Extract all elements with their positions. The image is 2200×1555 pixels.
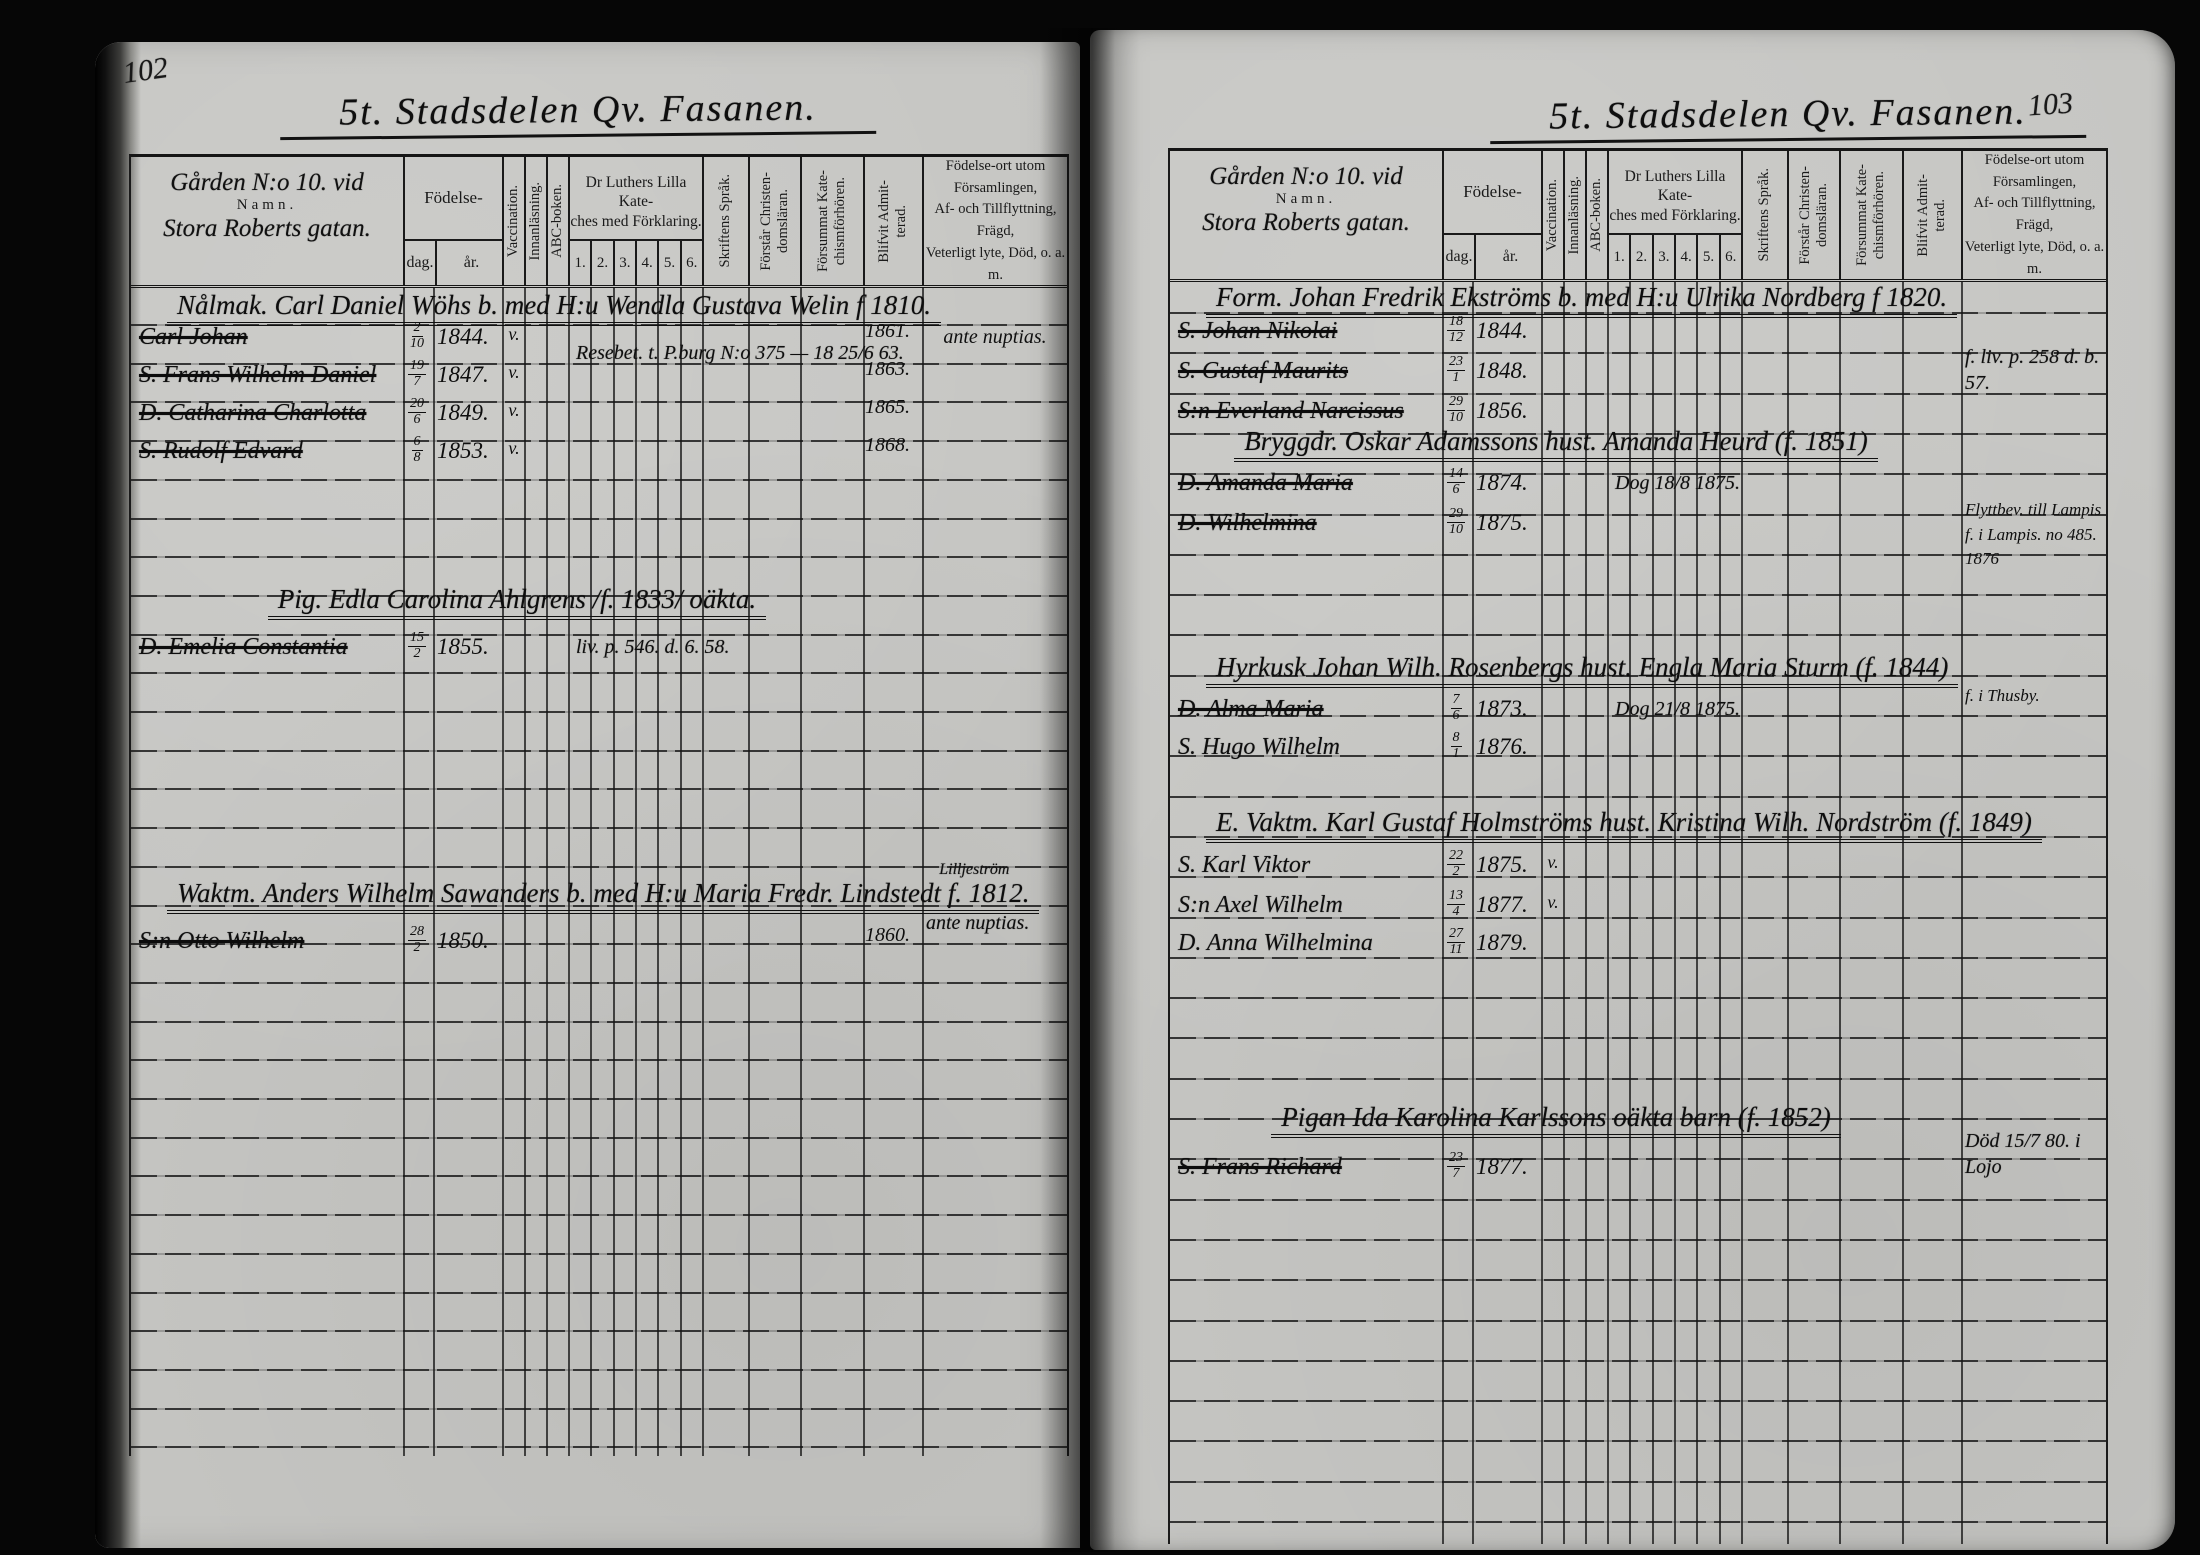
birth-year-label: år. [1474,235,1545,279]
birth-day-label: dag. [405,241,435,285]
family-header-entry: E. Vaktm. Karl Gustaf Holmströms hust. K… [1206,807,1906,843]
margin-note: Dog 18/8 1875. [1615,472,1955,495]
header-understands-column: Förstår Christen-domsläran. [1787,151,1839,279]
right-page: 103 5t. Stadsdelen Qv. Fasanen. Gården N… [1090,30,2175,1550]
ledger-ruled-line [131,1214,1067,1216]
family-header-text: Waktm. Anders Wilhelm Sawanders b. med H… [167,878,1039,914]
entry-name: S. Frans Richard [1178,1154,1438,1181]
family-header-entry: Hyrkusk Johan Wilh. Rosenbergs hust. Eng… [1206,652,1906,688]
header-name-column: Gården N:o 10. vid Namn. Stora Roberts g… [1170,151,1442,279]
family-header-entry: Form. Johan Fredrik Ekströms b. med H:u … [1206,282,1906,318]
ledger-ruled-line [131,1175,1067,1177]
entry-name: S:n Otto Wilhelm [139,928,399,955]
register-entry: S:n Otto Wilhelm2821850.1860. [131,928,1067,964]
name-label: Namn. [131,198,403,213]
birth-day-fraction: 197 [408,359,426,389]
name-label: Namn. [1170,192,1442,207]
birth-day-fraction: 2910 [1447,507,1465,537]
header-abc-column: ABC-boken. [1585,151,1607,279]
register-entry: S:n Axel Wilhelm1341877.v. [1170,892,2106,928]
birth-day-fraction: 134 [1447,889,1465,919]
family-header-entry: Pigan Ida Karolina Karlssons oäkta barn … [1206,1102,1906,1138]
header-admitted-column: Blifvit Admit-terad. [863,157,922,285]
birth-year: 1875. [1476,510,1540,536]
register-entry: S. Frans Richard2371877. [1170,1154,2106,1190]
ledger-ruled-line [1170,1239,2106,1241]
ledger-ruled-line [131,1021,1067,1023]
birth-day-fraction: 76 [1451,693,1462,723]
header-reading-column: Innanläsning. [1563,151,1585,279]
house-address-line2: Stora Roberts gatan. [131,213,403,244]
register-entry: D. Wilhelmina29101875.Flyttbev. till Lam… [1170,510,2106,546]
family-header-entry: Waktm. Anders Wilhelm Sawanders b. med H… [167,878,867,914]
ledger-ruled-line [131,1330,1067,1332]
ledger-ruled-line [131,1253,1067,1255]
table-body-left: Nålmak. Carl Daniel Wöhs b. med H:u Wend… [131,288,1067,1456]
ledger-ruled-line [1170,1078,2106,1080]
birth-year: 1844. [1476,318,1540,344]
birth-year: 1856. [1476,398,1540,424]
ledger-ruled-line [131,518,1067,520]
ledger-ruled-line [1170,1279,2106,1281]
birth-day-fraction: 222 [1447,849,1465,879]
entry-name: S:n Axel Wilhelm [1178,892,1438,919]
birth-year: 1848. [1476,358,1540,384]
birthplace-note: f. i Thusby. [1965,684,2105,709]
birth-day-fraction: 81 [1451,731,1462,761]
house-address-line1: Gården N:o 10. vid [1170,161,1442,192]
ledger-ruled-line [1170,1440,2106,1442]
ledger-ruled-line [131,1059,1067,1061]
ledger-ruled-line [1170,1481,2106,1483]
birth-year: 1877. [1476,1154,1540,1180]
birth-year: 1844. [437,324,501,350]
ledger-ruled-line [131,672,1067,674]
header-abc-column: ABC-boken. [546,157,568,285]
register-entry: S. Karl Viktor2221875.v. [1170,852,2106,888]
birth-day: 68 [399,435,435,465]
birth-day: 146 [1438,467,1474,497]
ledger-ruled-line [131,750,1067,752]
entry-name: Carl Johan [139,324,399,351]
birthplace-note: Flyttbev. till Lampis f. i Lampis. no 48… [1965,498,2105,572]
birth-year: 1847. [437,362,501,388]
header-missed-column: Försummat Kate-chismförhören. [1839,151,1902,279]
register-entry: D. Anna Wilhelmina27111879. [1170,930,2106,966]
header-vaccination-column: Vaccination. [1541,151,1563,279]
birth-day-fraction: 2910 [1447,395,1465,425]
birth-day: 152 [399,631,435,661]
family-header-text: Pig. Edla Carolina Ahlgrens /f. 1833/ oä… [268,584,766,620]
register-table-left: Gården N:o 10. vid Namn. Stora Roberts g… [129,154,1069,1456]
ledger-ruled-line [1170,1521,2106,1523]
ledger-ruled-line [131,711,1067,713]
birth-day-fraction: 231 [1447,355,1465,385]
header-catechism-column: Dr Luthers Lilla Kate-ches med Förklarin… [568,157,702,285]
family-header-text: E. Vaktm. Karl Gustaf Holmströms hust. K… [1206,807,2042,843]
ledger-ruled-line [131,479,1067,481]
ledger-ruled-line [131,866,1067,868]
birth-day-fraction: 152 [408,631,426,661]
header-script-language-column: Skriftens Språk. [1741,151,1787,279]
family-header-text: Hyrkusk Johan Wilh. Rosenbergs hust. Eng… [1206,652,1958,688]
ledger-ruled-line [1170,997,2106,999]
admitted-year: 1860. [865,924,921,947]
table-header: Gården N:o 10. vid Namn. Stora Roberts g… [131,157,1067,288]
margin-note: liv. p. 546. d. 6. 58. [576,636,916,659]
birth-day: 197 [399,359,435,389]
ledger-ruled-line [131,1369,1067,1371]
ledger-ruled-line [1170,634,2106,636]
birth-day: 206 [399,397,435,427]
admitted-year: 1865. [865,396,921,419]
ledger-ruled-line [131,788,1067,790]
birth-day: 2910 [1438,395,1474,425]
admitted-year: 1861. [865,320,921,343]
birth-day: 134 [1438,889,1474,919]
register-entry: D. Catharina Charlotta2061849.v.1865. [131,400,1067,436]
birth-day: 237 [1438,1151,1474,1181]
ledger-ruled-line [131,1292,1067,1294]
birth-day-fraction: 282 [408,925,426,955]
entry-name: D. Emelia Constantia [139,634,399,661]
family-header-entry: Bryggdr. Oskar Adamssons hust. Amanda He… [1206,426,1906,462]
birth-day-label: dag. [1444,235,1474,279]
birth-year: 1875. [1476,852,1540,878]
admitted-year: 1863. [865,358,921,381]
page-title-left: 5t. Stadsdelen Qv. Fasanen. [280,85,876,140]
family-header-text: Nålmak. Carl Daniel Wöhs b. med H:u Wend… [167,290,941,326]
catechism-subcolumns: 1.2.3.4.5.6. [1609,233,1741,279]
entry-name: S. Gustaf Maurits [1178,358,1438,385]
vaccination-mark: v. [1542,892,1564,913]
ledger-ruled-line [131,556,1067,558]
birth-year: 1873. [1476,696,1540,722]
birth-label: Födelse- [1444,151,1541,233]
entry-name: S. Rudolf Edvard [139,438,399,465]
header-vaccination-column: Vaccination. [502,157,524,285]
header-birthplace-column: Födelse-ort utom Församlingen, Af- och T… [922,157,1067,285]
family-header-text: Form. Johan Fredrik Ekströms b. med H:u … [1206,282,1957,318]
ledger-ruled-line [1170,1320,2106,1322]
birth-day: 76 [1438,693,1474,723]
entry-name: D. Wilhelmina [1178,510,1438,537]
register-table-right: Gården N:o 10. vid Namn. Stora Roberts g… [1168,148,2108,1544]
entry-name: D. Amanda Maria [1178,470,1438,497]
birth-day: 231 [1438,355,1474,385]
vaccination-mark: v. [503,362,525,383]
ledger-ruled-line [1170,796,2106,798]
header-birth-column: Födelse- dag. år. [403,157,502,285]
birth-day: 81 [1438,731,1474,761]
birth-year: 1855. [437,634,501,660]
birth-day: 2711 [1438,927,1474,957]
birth-label: Födelse- [405,157,502,239]
house-address-line2: Stora Roberts gatan. [1170,207,1442,238]
birth-day: 1812 [1438,315,1474,345]
entry-name: D. Catharina Charlotta [139,400,399,427]
header-admitted-column: Blifvit Admit-terad. [1902,151,1961,279]
ledger-ruled-line [1170,1199,2106,1201]
ledger-ruled-line [131,1408,1067,1410]
birth-day-fraction: 68 [412,435,423,465]
entry-name: S. Hugo Wilhelm [1178,734,1438,761]
header-name-column: Gården N:o 10. vid Namn. Stora Roberts g… [131,157,403,285]
vaccination-mark: v. [503,438,525,459]
family-header-entry: Nålmak. Carl Daniel Wöhs b. med H:u Wend… [167,290,867,326]
church-register-scan: 102 5t. Stadsdelen Qv. Fasanen. Gården N… [0,0,2200,1555]
register-entry: S. Rudolf Edvard681853.v.1868. [131,438,1067,474]
entry-name: D. Alma Maria [1178,696,1438,723]
birth-day-fraction: 2711 [1447,927,1465,957]
entry-name: S:n Everland Narcissus [1178,398,1438,425]
header-script-language-column: Skriftens Språk. [702,157,748,285]
header-birthplace-column: Födelse-ort utom Församlingen, Af- och T… [1961,151,2106,279]
header-catechism-column: Dr Luthers Lilla Kate-ches med Förklarin… [1607,151,1741,279]
ledger-ruled-line [131,982,1067,984]
ledger-ruled-line [1170,594,2106,596]
vaccination-mark: v. [503,400,525,421]
entry-name: S. Johan Nikolai [1178,318,1438,345]
page-title-right: 5t. Stadsdelen Qv. Fasanen. [1490,89,2086,144]
ledger-ruled-line [131,1098,1067,1100]
margin-note: Dog 21/8 1875. [1615,698,1955,721]
birth-year: 1853. [437,438,501,464]
birth-year: 1876. [1476,734,1540,760]
register-entry: S. Gustaf Maurits2311848. [1170,358,2106,394]
page-number-left: 102 [121,51,170,91]
ledger-ruled-line [131,1446,1067,1448]
ledger-ruled-line [1170,1400,2106,1402]
house-address-line1: Gården N:o 10. vid [131,167,403,198]
vaccination-mark: v. [1542,852,1564,873]
family-header-correction: Lilljeström [939,861,1009,879]
family-header-text: Bryggdr. Oskar Adamssons hust. Amanda He… [1234,426,1878,462]
birth-day: 222 [1438,849,1474,879]
birth-year: 1850. [437,928,501,954]
register-entry: S. Frans Wilhelm Daniel1971847.v.1863. [131,362,1067,398]
entry-name: S. Frans Wilhelm Daniel [139,362,399,389]
admitted-year: 1868. [865,434,921,457]
birth-year: 1849. [437,400,501,426]
family-header-entry: Pig. Edla Carolina Ahlgrens /f. 1833/ oä… [167,584,867,620]
entry-name: S. Karl Viktor [1178,852,1438,879]
ledger-ruled-line [1170,1037,2106,1039]
vaccination-mark: v. [503,324,525,345]
ledger-ruled-line [1170,1360,2106,1362]
table-body-right: Form. Johan Fredrik Ekströms b. med H:u … [1170,282,2106,1544]
register-entry: S. Hugo Wilhelm811876. [1170,734,2106,770]
birth-year: 1874. [1476,470,1540,496]
entry-name: D. Anna Wilhelmina [1178,930,1438,957]
birth-year: 1879. [1476,930,1540,956]
ledger-ruled-line [131,1137,1067,1139]
left-page: 102 5t. Stadsdelen Qv. Fasanen. Gården N… [95,42,1080,1548]
family-header-text: Pigan Ida Karolina Karlssons oäkta barn … [1271,1102,1841,1138]
birth-day-fraction: 210 [410,321,424,351]
birth-day-fraction: 237 [1447,1151,1465,1181]
birth-day: 210 [399,321,435,351]
birth-day: 2910 [1438,507,1474,537]
table-header: Gården N:o 10. vid Namn. Stora Roberts g… [1170,151,2106,282]
birth-year-label: år. [435,241,506,285]
ledger-ruled-line [131,827,1067,829]
birth-day: 282 [399,925,435,955]
header-understands-column: Förstår Christen-domsläran. [748,157,800,285]
birth-year: 1877. [1476,892,1540,918]
birth-day-fraction: 206 [408,397,426,427]
birth-day-fraction: 1812 [1447,315,1465,345]
header-reading-column: Innanläsning. [524,157,546,285]
catechism-subcolumns: 1.2.3.4.5.6. [570,239,702,285]
header-missed-column: Försummat Kate-chismförhören. [800,157,863,285]
header-birth-column: Födelse- dag. år. [1442,151,1541,279]
birth-day-fraction: 146 [1447,467,1465,497]
